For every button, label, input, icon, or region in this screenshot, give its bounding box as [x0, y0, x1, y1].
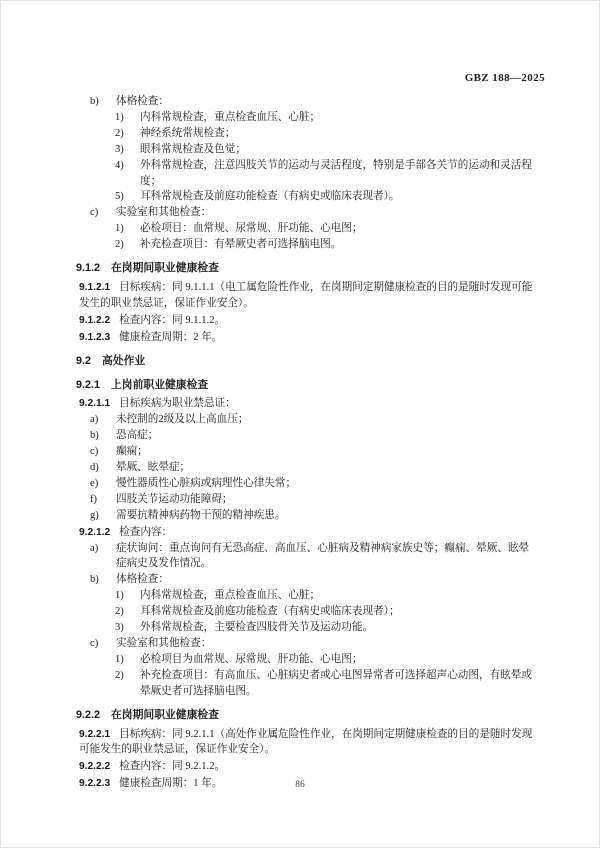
paragraph-text: 实验室和其他检查：: [116, 207, 211, 218]
page-number: 86: [1, 780, 599, 790]
paragraph-text: 补充检查项目：有晕厥史者可选择脑电图。: [140, 239, 341, 250]
paragraph-text: 补充检查项目：有高血压、心脏病史者或心电图异常者可选择超声心动图，有眩晕或晕厥史…: [140, 670, 532, 697]
list-item-number: 1)必检项目：血常规、尿常规、肝功能、心电图；: [76, 221, 534, 237]
clause-number: 9.2.2.1: [79, 729, 110, 740]
paragraph-text: 内科常规检查，重点检查血压、心脏；: [140, 590, 320, 601]
clause-number: 9.2.1.1: [79, 398, 110, 409]
paragraph-text: 目标疾病：同 9.1.1.1（电工属危险性作业，在岗期间定期健康检查的目的是随时…: [79, 282, 532, 309]
clause-paragraph: 9.1.2.1目标疾病：同 9.1.1.1（电工属危险性作业，在岗期间定期健康检…: [76, 280, 534, 312]
list-label: 1): [115, 221, 124, 237]
paragraph-text: 需要抗精神病药物干预的精神疾患。: [116, 510, 286, 521]
list-item-letter: c)实验室和其他检查：: [76, 636, 534, 652]
list-label: g): [90, 508, 99, 524]
clause-number: 9.2: [76, 355, 91, 367]
paragraph-text: 在岗期间职业健康检查: [111, 262, 219, 274]
paragraph-text: 四肢关节运动功能障碍；: [116, 494, 233, 505]
paragraph-text: 内科常规检查，重点检查血压、心脏；: [140, 112, 320, 123]
paragraph-text: 实验室和其他检查：: [116, 638, 211, 649]
paragraph-text: 耳科常规检查及前庭功能检查（有病史或临床表现者）。: [140, 191, 400, 202]
paragraph-text: 耳科常规检查及前庭功能检查（有病史或临床表现者）；: [140, 606, 400, 617]
paragraph-text: 健康检查周期：2 年。: [119, 332, 222, 343]
clause-number: 9.1.2.3: [79, 332, 110, 343]
paragraph-text: 外科常规检查，注意四肢关节的运动与灵活程度，特别是手部各关节的运动和灵活程度；: [140, 160, 532, 187]
list-item-number: 1)内科常规检查，重点检查血压、心脏；: [76, 588, 534, 604]
paragraph-text: 在岗期间职业健康检查: [111, 709, 219, 721]
clause-paragraph: 9.1.2.2检查内容：同 9.1.1.2。: [76, 313, 534, 329]
list-item-letter: c)实验室和其他检查：: [76, 205, 534, 221]
list-label: 1): [115, 588, 124, 604]
clause-number: 9.2.2.2: [79, 761, 110, 772]
list-label: e): [90, 476, 98, 492]
clause-paragraph: 9.2.2.2检查内容：同 9.2.1.2。: [76, 759, 534, 775]
document-page: GBZ 188—2025 b)体格检查：1)内科常规检查，重点检查血压、心脏；2…: [0, 0, 600, 848]
list-item-letter: b)体格检查：: [76, 572, 534, 588]
clause-paragraph: 9.2.1.2检查内容：: [76, 525, 534, 541]
list-item-number: 4)外科常规检查，注意四肢关节的运动与灵活程度，特别是手部各关节的运动和灵活程度…: [76, 158, 534, 190]
list-label: a): [90, 412, 98, 428]
list-item-letter: d)晕厥、眩晕症；: [76, 460, 534, 476]
paragraph-text: 体格检查：: [116, 96, 169, 107]
list-item-letter: c)癫痫；: [76, 444, 534, 460]
clause-number: 9.1.2.2: [79, 315, 110, 326]
list-item-letter: g)需要抗精神病药物干预的精神疾患。: [76, 508, 534, 524]
list-item-number: 3)外科常规检查，主要检查四肢骨关节及运动功能。: [76, 620, 534, 636]
list-label: 4): [115, 158, 124, 174]
list-label: b): [90, 428, 99, 444]
clause-number: 9.2.1: [76, 379, 100, 391]
paragraph-text: 未控制的2级及以上高血压；: [116, 414, 248, 425]
list-item-number: 1)内科常规检查，重点检查血压、心脏；: [76, 110, 534, 126]
paragraph-text: 神经系统常规检查；: [140, 128, 235, 139]
list-item-letter: e)慢性器质性心脏病或病理性心律失常；: [76, 476, 534, 492]
doc-code-header: GBZ 188—2025: [465, 72, 545, 84]
section-heading: 9.2高处作业: [76, 354, 534, 370]
list-label: a): [90, 541, 98, 557]
section-heading: 9.2.1上岗前职业健康检查: [76, 378, 534, 394]
list-item-number: 2)耳科常规检查及前庭功能检查（有病史或临床表现者）；: [76, 604, 534, 620]
clause-number: 9.2.2: [76, 709, 100, 721]
paragraph-text: 癫痫；: [116, 446, 148, 457]
list-item-letter: a)未控制的2级及以上高血压；: [76, 412, 534, 428]
paragraph-text: 必检项目：血常规、尿常规、肝功能、心电图；: [140, 223, 362, 234]
clause-paragraph: 9.2.1.1目标疾病为职业禁忌证：: [76, 396, 534, 412]
list-item-number: 2)补充检查项目：有高血压、心脏病史者或心电图异常者可选择超声心动图，有眩晕或晕…: [76, 668, 534, 700]
list-label: c): [90, 444, 98, 460]
list-item-letter: a)症状询问：重点询问有无恐高症、高血压、心脏病及精神病家族史等；癫痫、晕厥、眩…: [76, 541, 534, 573]
paragraph-text: 必检项目为血常规、尿常规、肝功能、心电图；: [140, 654, 362, 665]
list-label: d): [90, 460, 99, 476]
list-label: b): [90, 94, 99, 110]
section-heading: 9.2.2在岗期间职业健康检查: [76, 708, 534, 724]
paragraph-text: 上岗前职业健康检查: [111, 379, 208, 391]
paragraph-text: 目标疾病为职业禁忌证：: [119, 398, 236, 409]
clause-paragraph: 9.1.2.3健康检查周期：2 年。: [76, 330, 534, 346]
paragraph-text: 眼科常规检查及色觉；: [140, 144, 246, 155]
paragraph-text: 症状询问：重点询问有无恐高症、高血压、心脏病及精神病家族史等；癫痫、晕厥、眩晕症…: [116, 543, 529, 570]
section-heading: 9.1.2在岗期间职业健康检查: [76, 261, 534, 277]
list-label: 3): [115, 620, 124, 636]
clause-number: 9.2.1.2: [79, 527, 110, 538]
list-label: 1): [115, 652, 124, 668]
list-item-letter: b)体格检查：: [76, 94, 534, 110]
list-item-number: 2)神经系统常规检查；: [76, 126, 534, 142]
list-item-letter: f)四肢关节运动功能障碍；: [76, 492, 534, 508]
paragraph-text: 恐高症；: [116, 430, 158, 441]
list-item-number: 2)补充检查项目：有晕厥史者可选择脑电图。: [76, 237, 534, 253]
paragraph-text: 外科常规检查，主要检查四肢骨关节及运动功能。: [140, 622, 373, 633]
paragraph-text: 高处作业: [102, 355, 145, 367]
list-label: 3): [115, 142, 124, 158]
paragraph-text: 体格检查：: [116, 574, 169, 585]
list-label: 2): [115, 237, 124, 253]
list-label: 5): [115, 189, 124, 205]
paragraph-text: 检查内容：同 9.2.1.2。: [119, 761, 225, 772]
clause-paragraph: 9.2.2.1目标疾病：同 9.2.1.1（高处作业属危险性作业，在岗期间定期健…: [76, 727, 534, 759]
list-item-number: 3)眼科常规检查及色觉；: [76, 142, 534, 158]
list-label: c): [90, 205, 98, 221]
paragraph-text: 慢性器质性心脏病或病理性心律失常；: [116, 478, 296, 489]
clause-number: 9.1.2: [76, 262, 100, 274]
content-area: b)体格检查：1)内科常规检查，重点检查血压、心脏；2)神经系统常规检查；3)眼…: [76, 94, 534, 792]
list-label: 2): [115, 668, 124, 684]
paragraph-text: 检查内容：同 9.1.1.2。: [119, 315, 225, 326]
list-item-letter: b)恐高症；: [76, 428, 534, 444]
paragraph-text: 目标疾病：同 9.2.1.1（高处作业属危险性作业，在岗期间定期健康检查的目的是…: [79, 729, 532, 756]
list-label: 1): [115, 110, 124, 126]
clause-number: 9.1.2.1: [79, 282, 110, 293]
list-item-number: 5)耳科常规检查及前庭功能检查（有病史或临床表现者）。: [76, 189, 534, 205]
paragraph-text: 检查内容：: [119, 527, 172, 538]
list-item-number: 1)必检项目为血常规、尿常规、肝功能、心电图；: [76, 652, 534, 668]
paragraph-text: 晕厥、眩晕症；: [116, 462, 190, 473]
list-label: 2): [115, 604, 124, 620]
list-label: b): [90, 572, 99, 588]
list-label: 2): [115, 126, 124, 142]
list-label: c): [90, 636, 98, 652]
list-label: f): [90, 492, 97, 508]
